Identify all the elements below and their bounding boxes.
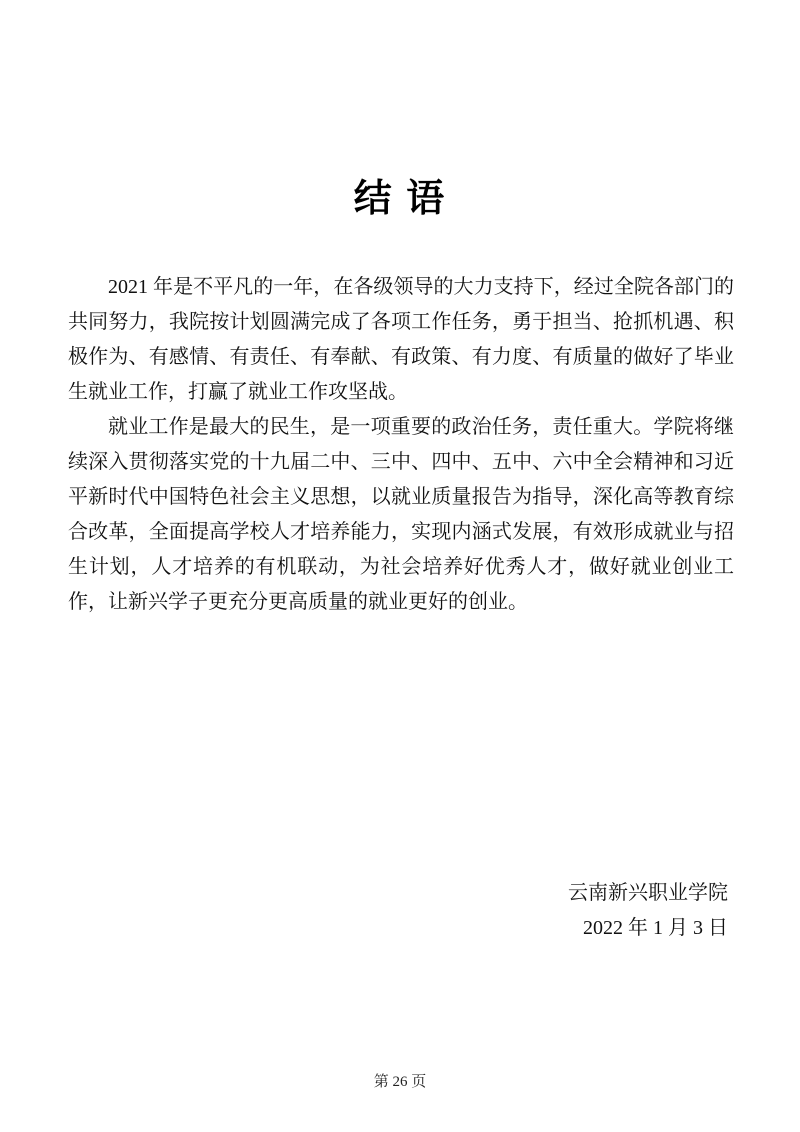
document-body: 2021 年是不平凡的一年，在各级领导的大力支持下，经过全院各部门的共同努力，我… [68,270,734,620]
signature-date: 2022 年 1 月 3 日 [0,911,728,946]
signature-block: 云南新兴职业学院 2022 年 1 月 3 日 [0,876,728,946]
document-page: 结 语 2021 年是不平凡的一年，在各级领导的大力支持下，经过全院各部门的共同… [0,0,800,1132]
page-footer: 第 26 页 [0,1072,800,1092]
body-paragraph-2: 就业工作是最大的民生，是一项重要的政治任务，责任重大。学院将继续深入贯彻落实党的… [68,410,734,620]
signature-organization: 云南新兴职业学院 [0,876,728,911]
body-paragraph-1: 2021 年是不平凡的一年，在各级领导的大力支持下，经过全院各部门的共同努力，我… [68,270,734,410]
footer-page-number: 第 26 页 [374,1074,427,1090]
page-title: 结 语 [0,0,800,218]
